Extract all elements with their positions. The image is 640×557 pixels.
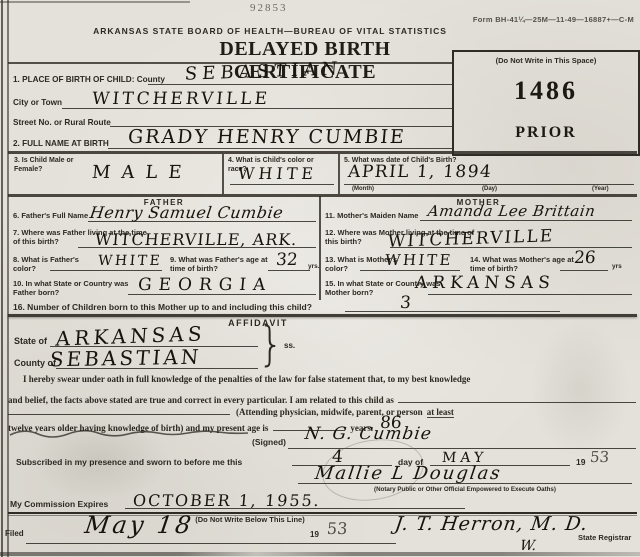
sex-value: MALE <box>91 162 193 183</box>
document-serial-number: 92853 <box>250 2 288 14</box>
race-line <box>230 184 334 185</box>
race-value: WHITE <box>237 164 318 183</box>
section-rule <box>8 194 637 197</box>
father-color-value: WHITE <box>97 253 163 269</box>
related-as-line-2 <box>8 404 230 415</box>
sworn-year-value: 53 <box>589 448 610 466</box>
do-not-write-label: (Do Not Write in This Space) <box>454 56 638 65</box>
mother-age-unit: yrs <box>612 263 622 271</box>
father-age-line <box>268 270 310 271</box>
children-count-label: 16. Number of Children born to this Moth… <box>13 302 312 313</box>
parents-divider <box>319 196 321 300</box>
signed-label: (Signed) <box>252 437 286 448</box>
section-rule <box>8 151 637 154</box>
day-caption: (Day) <box>482 186 497 194</box>
sworn-year-prefix: 19 <box>576 457 585 468</box>
father-birthplace-value: GEORGIA <box>137 275 273 295</box>
filed-label: Filed <box>5 529 24 539</box>
month-caption: (Month) <box>352 186 374 194</box>
mother-color-value: WHITE <box>384 251 453 269</box>
street-label: Street No. or Rural Route <box>13 118 111 128</box>
left-edge-line-2 <box>7 0 9 557</box>
do-not-write-box: (Do Not Write in This Space) 1486 PRIOR <box>452 50 640 156</box>
filed-year-value: 53 <box>326 519 348 538</box>
certificate-sheet: 92853 Form BH-41¼—25M—11-49—16887+—C-M A… <box>0 0 640 557</box>
filed-year-prefix: 19 <box>310 530 319 540</box>
notary-signature: Mallie L Douglas <box>314 463 504 484</box>
affidavit-rule <box>8 314 637 317</box>
subscribed-label: Subscribed in my presence and sworn to b… <box>16 457 242 468</box>
affidavit-county-value: SEBASTIAN <box>49 345 203 372</box>
father-age-label: 9. What was Father's age at time of birt… <box>170 255 282 274</box>
filed-line <box>26 543 396 544</box>
full-name-label: 2. FULL NAME AT BIRTH <box>13 139 109 149</box>
father-birthplace-label: 10. In what State or Country was Father … <box>13 279 141 298</box>
children-count-line <box>345 311 560 312</box>
related-as-line <box>398 392 636 403</box>
affiant-signature: N. G. Cumbie <box>304 424 434 444</box>
father-name-value: Henry Samuel Cumbie <box>89 203 285 222</box>
registrar-note: W. <box>519 538 538 554</box>
oath-line-1: I hereby swear under oath in full knowle… <box>23 374 470 384</box>
affidavit-state-label: State of <box>14 336 47 347</box>
notary-caption: (Notary Public or Other Official Empower… <box>300 486 630 494</box>
prior-stamp: PRIOR <box>454 124 638 142</box>
birthdate-value: APRIL 1, 1894 <box>347 162 493 182</box>
mother-color-line <box>360 270 460 271</box>
city-label: City or Town <box>13 98 62 108</box>
year-caption: (Year) <box>592 186 609 194</box>
commission-date-value: OCTOBER 1, 1955. <box>132 491 322 510</box>
birthdate-line <box>344 184 634 185</box>
commission-label: My Commission Expires <box>10 499 108 510</box>
mother-age-value: 26 <box>573 248 596 268</box>
father-residence-value: WITCHERVILLE, ARK. <box>94 230 298 249</box>
bureau-heading: ARKANSAS STATE BOARD OF HEALTH—BUREAU OF… <box>70 26 470 37</box>
full-name-line <box>108 148 452 149</box>
top-edge-mark <box>0 1 190 3</box>
sex-label: 3. Is Child Male or Female? <box>14 157 94 175</box>
mother-age-line <box>560 270 608 271</box>
paper-smudge <box>530 320 630 460</box>
oath-line-3: (Attending physician, midwife, parent, o… <box>8 404 636 418</box>
registrar-label: State Registrar <box>578 533 631 542</box>
place-of-birth-label: 1. PLACE OF BIRTH OF CHILD: County <box>13 75 165 85</box>
city-value: WITCHERVILLE <box>91 89 271 109</box>
at-least-underlined: at least <box>427 407 454 418</box>
children-count-value: 3 <box>399 293 412 313</box>
full-name-value: GRADY HENRY CUMBIE <box>127 126 407 148</box>
father-color-line <box>50 270 162 271</box>
mother-birthplace-line <box>428 294 632 295</box>
mother-birthplace-value: ARKANSAS <box>414 273 556 293</box>
father-age-unit: yrs. <box>308 263 320 271</box>
left-edge-line <box>1 0 3 557</box>
ss-label: ss. <box>284 341 295 351</box>
ss-brace: } <box>258 319 283 372</box>
registrar-signature: J. T. Herron, M. D. <box>393 513 589 535</box>
father-name-label: 6. Father's Full Name <box>13 211 88 220</box>
filed-date-value: May 18 <box>83 511 196 539</box>
mother-name-value: Amanda Lee Brittain <box>427 202 597 220</box>
certificate-number: 1486 <box>454 76 638 106</box>
column-divider <box>338 154 340 194</box>
father-age-value: 32 <box>275 250 298 270</box>
oath-line-4-text: twelve years older having knowledge of b… <box>8 423 268 433</box>
mother-name-line <box>420 220 632 221</box>
bottom-edge-mark <box>0 552 640 556</box>
form-number: Form BH-41¼—25M—11-49—16887+—C-M <box>473 15 634 24</box>
column-divider <box>222 154 224 194</box>
mother-name-label: 11. Mother's Maiden Name <box>325 211 418 220</box>
